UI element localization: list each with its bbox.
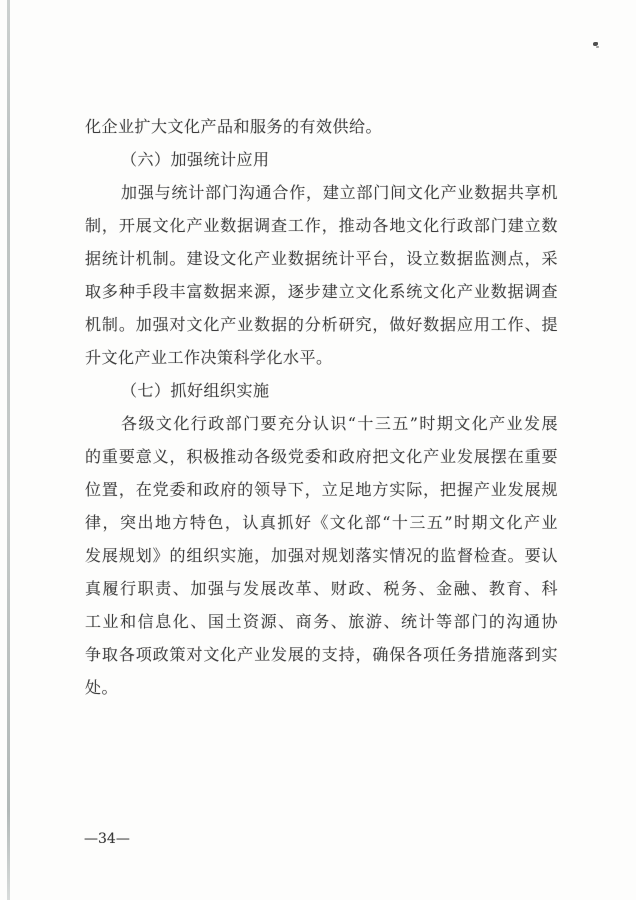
text-line: 的重要意义，积极推动各级党委和政府把文化产业发展摆在重要 <box>85 440 558 473</box>
text-line: 律，突出地方特色，认真抓好《文化部“十三五”时期文化产业 <box>85 506 558 539</box>
text-line: 机制。加强对文化产业数据的分析研究，做好数据应用工作、提 <box>85 308 558 341</box>
text-line: 处。 <box>85 671 558 704</box>
text-line: 真履行职责、加强与发展改革、财政、税务、金融、教育、科技、 <box>85 572 558 605</box>
text-line: 据统计机制。建设文化产业数据统计平台，设立数据监测点，采 <box>85 242 558 275</box>
document-body: 化企业扩大文化产品和服务的有效供给。（六）加强统计应用加强与统计部门沟通合作，建… <box>85 110 558 704</box>
scanned-document-page: 化企业扩大文化产品和服务的有效供给。（六）加强统计应用加强与统计部门沟通合作，建… <box>0 0 636 900</box>
scan-edge-line <box>7 0 10 900</box>
text-line: 争取各项政策对文化产业发展的支持，确保各项任务措施落到实 <box>85 638 558 671</box>
text-line: 发展规划》的组织实施，加强对规划落实情况的监督检查。要认 <box>85 539 558 572</box>
text-line: 工业和信息化、国土资源、商务、旅游、统计等部门的沟通协调， <box>85 605 558 638</box>
text-line: 位置，在党委和政府的领导下，立足地方实际，把握产业发展规 <box>85 473 558 506</box>
text-line: 升文化产业工作决策科学化水平。 <box>85 341 558 374</box>
section-heading: （七）抓好组织实施 <box>85 374 558 407</box>
section-heading: （六）加强统计应用 <box>85 143 558 176</box>
page-number: —34— <box>84 831 130 847</box>
text-line: 化企业扩大文化产品和服务的有效供给。 <box>85 110 558 143</box>
text-line: 加强与统计部门沟通合作，建立部门间文化产业数据共享机 <box>85 176 558 209</box>
text-line: 制，开展文化产业数据调查工作，推动各地文化行政部门建立数 <box>85 209 558 242</box>
text-line: 取多种手段丰富数据来源，逐步建立文化系统文化产业数据调查 <box>85 275 558 308</box>
text-line: 各级文化行政部门要充分认识“十三五”时期文化产业发展 <box>85 407 558 440</box>
scan-speck-artifact <box>593 42 598 46</box>
